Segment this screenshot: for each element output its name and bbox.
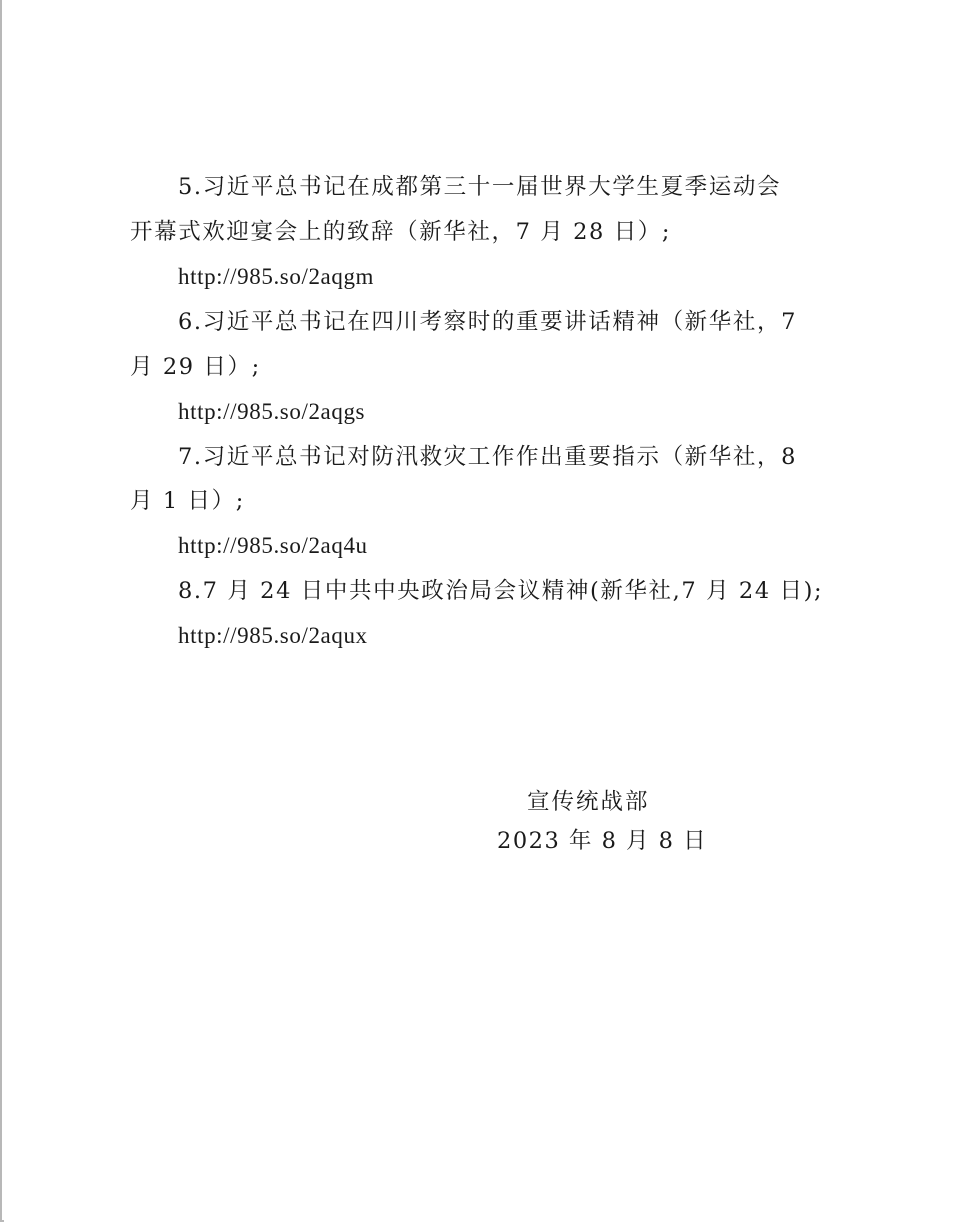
item-7-title-line-1: 7.习近平总书记对防汛救灾工作作出重要指示（新华社，8 bbox=[178, 442, 797, 472]
item-8-title-line-1: 8.7 月 24 日中共中央政治局会议精神(新华社,7 月 24 日); bbox=[178, 576, 823, 606]
item-8-link[interactable]: http://985.so/2aqux bbox=[178, 621, 368, 651]
item-6-link[interactable]: http://985.so/2aqgs bbox=[178, 397, 365, 427]
item-7-title-line-2: 月 1 日）; bbox=[130, 486, 245, 516]
item-7-link[interactable]: http://985.so/2aq4u bbox=[178, 531, 368, 561]
signature-department: 宣传统战部 bbox=[527, 787, 650, 817]
page-left-border bbox=[0, 0, 2, 1222]
item-5-title-line-2: 开幕式欢迎宴会上的致辞（新华社，7 月 28 日）; bbox=[130, 217, 671, 247]
item-5-link[interactable]: http://985.so/2aqgm bbox=[178, 262, 374, 292]
signature-date: 2023 年 8 月 8 日 bbox=[497, 826, 707, 856]
item-5-title-line-1: 5.习近平总书记在成都第三十一届世界大学生夏季运动会 bbox=[178, 172, 781, 202]
item-6-title-line-2: 月 29 日）; bbox=[130, 352, 261, 382]
item-6-title-line-1: 6.习近平总书记在四川考察时的重要讲话精神（新华社，7 bbox=[178, 307, 797, 337]
